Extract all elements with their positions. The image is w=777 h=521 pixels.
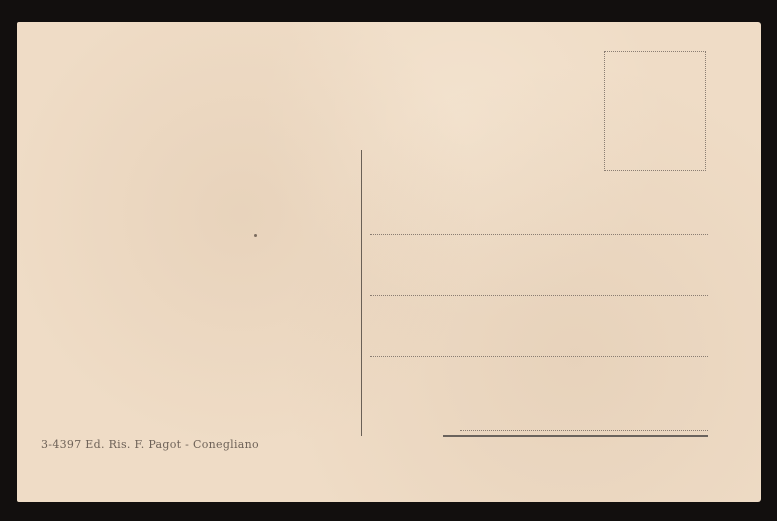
publisher-imprint: 3-4397 Ed. Ris. F. Pagot - Conegliano bbox=[41, 438, 259, 451]
stamp-placeholder-box bbox=[604, 51, 706, 171]
message-address-divider bbox=[361, 150, 362, 436]
address-line-1 bbox=[370, 234, 708, 235]
paper-speck bbox=[254, 234, 257, 237]
postcard-back: 3-4397 Ed. Ris. F. Pagot - Conegliano bbox=[17, 22, 761, 502]
address-line-2 bbox=[370, 295, 708, 296]
address-line-4 bbox=[460, 430, 708, 431]
address-underline bbox=[443, 435, 708, 437]
address-line-3 bbox=[370, 356, 708, 357]
